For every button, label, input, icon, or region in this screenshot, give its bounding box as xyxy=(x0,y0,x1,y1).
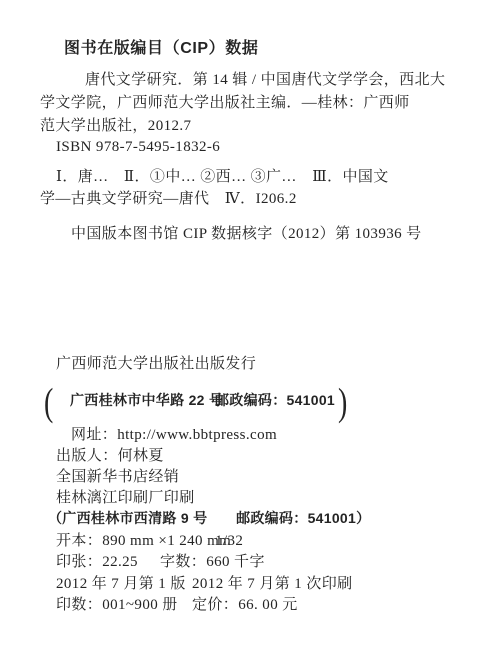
right-parenthesis-glyph: ) xyxy=(338,384,347,423)
format-line: 开本：890 mm ×1 240 mm xyxy=(56,534,231,549)
cip-record-line-3: 范大学出版社，2012.7 xyxy=(40,119,191,134)
printer-address-line: （广西桂林市西清路 9 号 邮政编码：541001） xyxy=(48,511,370,525)
website-line: 网址：http://www.bbtpress.com xyxy=(71,428,277,443)
publisher-address-postcode: 邮政编码：541001 xyxy=(215,393,335,407)
edition-line: 2012 年 7 月第 1 版 xyxy=(56,577,186,592)
print-run-line: 印数：001~900 册 xyxy=(56,598,178,613)
cip-registry-line: 中国版本图书馆 CIP 数据核字（2012）第 103936 号 xyxy=(71,227,422,242)
isbn-line: ISBN 978-7-5495-1832-6 xyxy=(56,140,220,155)
publisher-address-street: 广西桂林市中华路 22 号 xyxy=(70,393,223,407)
cip-record-line-1: 唐代文学研究．第 14 辑 / 中国唐代文学学会，西北大 xyxy=(85,73,445,88)
cip-heading: 图书在版编目（CIP）数据 xyxy=(64,41,258,57)
printer-line: 桂林漓江印刷厂印刷 xyxy=(56,491,195,506)
left-parenthesis-glyph: ( xyxy=(44,384,53,423)
price-line: 定价：66. 00 元 xyxy=(192,598,298,613)
cip-classification-line-1: Ⅰ．唐… Ⅱ．①中… ②西… ③广… Ⅲ．中国文 xyxy=(56,170,389,185)
publisher-person-line: 出版人：何林夏 xyxy=(56,449,164,464)
cip-record-line-2: 学文学院，广西师范大学出版社主编．—桂林：广西师 xyxy=(40,96,410,111)
format-fraction: 1/32 xyxy=(215,534,243,549)
publisher-issuer-line: 广西师范大学出版社出版发行 xyxy=(56,357,256,372)
copyright-page: 图书在版编目（CIP）数据 唐代文学研究．第 14 辑 / 中国唐代文学学会，西… xyxy=(0,0,500,666)
distribution-line: 全国新华书店经销 xyxy=(56,470,179,485)
cip-classification-line-2: 学—古典文学研究—唐代 Ⅳ．I206.2 xyxy=(40,192,297,207)
word-count-line: 字数：660 千字 xyxy=(160,555,265,570)
impression-line: 2012 年 7 月第 1 次印刷 xyxy=(192,577,353,592)
sheets-line: 印张：22.25 xyxy=(56,555,138,570)
